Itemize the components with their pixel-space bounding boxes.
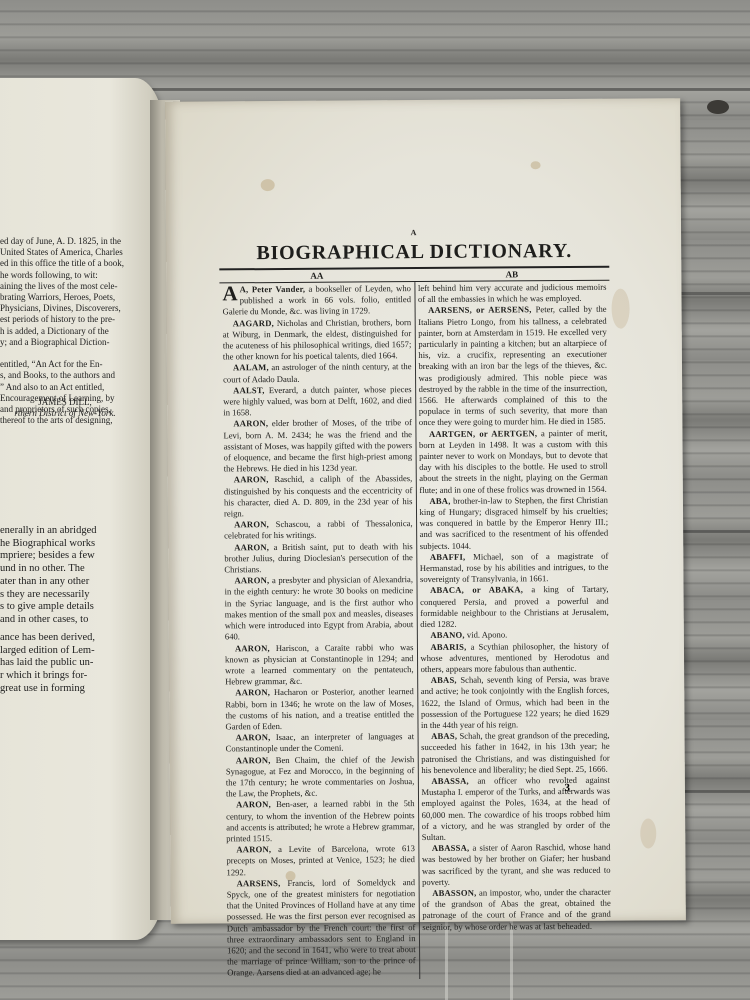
preface-line: larged edition of Lem- [0, 645, 150, 658]
dictionary-entry: ABAS, Schah, the great grandson of the p… [421, 730, 610, 776]
dictionary-entry: AARON, Ben Chaim, the chief of the Jewis… [226, 754, 415, 800]
entry-headword: AALAM, [233, 363, 269, 373]
foxing-stain [611, 289, 629, 329]
entry-headword: AARON, [236, 755, 271, 765]
entry-headword: ABA, [429, 496, 450, 506]
dictionary-entry: ABASSON, an impostor, who, under the cha… [422, 887, 611, 933]
entry-text: Francis, lord of Someldyck and Spyck, on… [227, 877, 416, 978]
dictionary-entry: ABAFFI, Michael, son of a magistrate of … [420, 551, 609, 586]
dictionary-entry: ABAS, Schah, seventh king of Persia, was… [421, 674, 610, 731]
dictionary-entry: AARTGEN, or AERTGEN, a painter of merit,… [419, 427, 608, 496]
preface-line: ater than in any other [0, 576, 150, 589]
preface-paragraph: enerally in an abridged he Biographical … [0, 525, 150, 627]
dictionary-entry: AARON, Isaac, an interpreter of language… [226, 731, 415, 755]
entry-headword: AARSENS, [237, 878, 281, 888]
dictionary-entry: ABARIS, a Scythian philosopher, the hist… [420, 640, 609, 675]
preface-line: mpriere; besides a few [0, 550, 150, 563]
column-head-left: AA [219, 269, 414, 282]
clerk-signature: JAMES DILL, rthern District of New-York. [10, 397, 120, 419]
copyright-line: ed in this office the title of a book, [0, 258, 150, 269]
dictionary-entry: AAGARD, Nicholas and Christian, brothers… [223, 317, 412, 363]
dictionary-entry: AA, Peter Vander, a bookseller of Leyden… [222, 283, 411, 318]
entry-headword: ABASSA, [431, 776, 469, 786]
preface-line: enerally in an abridged [0, 525, 150, 538]
entry-text: Peter, called by the Italians Pietro Lon… [418, 304, 607, 427]
dictionary-entry: left behind him very accurate and judici… [418, 282, 607, 306]
preface-line: great use in forming [0, 683, 150, 696]
text-columns: AA, Peter Vander, a bookseller of Leyden… [219, 281, 614, 980]
entry-headword: AALST, [233, 385, 264, 395]
foxing-stain [531, 161, 541, 169]
entry-headword: ABACA, or ABAKA, [430, 585, 523, 596]
copyright-line: brating Warriors, Heroes, Poets, [0, 292, 150, 303]
entry-headword: AARON, [235, 687, 270, 697]
copyright-line: s, and Books, to the authors and [0, 370, 150, 381]
foxing-stain [640, 818, 656, 848]
dictionary-entry: AARON, a Levite of Barcelona, wrote 613 … [226, 843, 415, 878]
dictionary-entry: AALAM, an astrologer of the ninth centur… [223, 362, 412, 386]
preface-paragraph: ance has been derived, larged edition of… [0, 632, 150, 696]
entry-headword: ABAS, [431, 675, 457, 685]
dictionary-entry: AARON, a British saint, put to death wit… [224, 541, 413, 576]
title-small: A [219, 227, 609, 239]
dictionary-entry: AARON, Hacharon or Posterior, another le… [225, 686, 414, 732]
dictionary-entry: ABA, brother-in-law to Stephen, the firs… [419, 495, 608, 552]
left-book-page: ed day of June, A. D. 1825, in the Unite… [0, 78, 165, 940]
copyright-line: he words following, to wit: [0, 270, 150, 281]
preface-line: and in other cases, to [0, 614, 150, 627]
column-head-right: AB [414, 268, 609, 281]
copyright-line: ” And also to an Act entitled, [0, 382, 150, 393]
drop-cap: A [222, 284, 237, 302]
entry-headword: ABARIS, [430, 641, 466, 651]
signature-name: JAMES DILL, [10, 397, 120, 408]
dictionary-entry: ABASSA, a sister of Aaron Raschid, whose… [422, 842, 611, 888]
dictionary-entry: ABACA, or ABAKA, a king of Tartary, conq… [420, 584, 609, 630]
copyright-line: entitled, “An Act for the En- [0, 359, 150, 370]
page-title: BIOGRAPHICAL DICTIONARY. [219, 240, 609, 266]
entry-headword: AARTGEN, or AERTGEN, [429, 428, 537, 439]
entry-headword: AARON, [236, 799, 271, 809]
copyright-line: Physicians, Divines, Discoverers, [0, 303, 150, 314]
preface-line: und in no other. The [0, 563, 150, 576]
preface-line: has laid the public un- [0, 657, 150, 670]
dictionary-entry: AARON, Schascou, a rabbi of Thessalonica… [224, 518, 413, 542]
right-column: left behind him very accurate and judici… [415, 281, 614, 979]
dictionary-entry: AARON, Hariscon, a Caraite rabbi who was… [225, 642, 414, 688]
dictionary-entry: AARON, Ben-aser, a learned rabbi in the … [226, 798, 415, 844]
entry-headword: AARON, [234, 575, 269, 585]
dictionary-entry: AARON, a presbyter and physician of Alex… [224, 574, 413, 643]
entry-text: vid. Apono. [465, 630, 508, 640]
preface-line: r which it brings for- [0, 670, 150, 683]
right-book-page: A BIOGRAPHICAL DICTIONARY. AA AB AA, Pet… [165, 98, 686, 924]
preface-line: s to give ample details [0, 601, 150, 614]
foxing-stain [261, 179, 275, 191]
dictionary-entry: ABASSA, an officer who revolted against … [421, 775, 610, 844]
copyright-line [0, 348, 150, 359]
copyright-line: est periods of history to the pre- [0, 314, 150, 325]
entry-headword: AAGARD, [233, 318, 274, 328]
dictionary-entry: AARSENS, Francis, lord of Someldyck and … [227, 877, 416, 979]
entry-headword: AARON, [234, 519, 269, 529]
entry-headword: ABASSON, [432, 888, 476, 898]
left-column: AA, Peter Vander, a bookseller of Leyden… [219, 282, 419, 980]
preface-line: he Biographical works [0, 538, 150, 551]
entry-headword: ABANO, [430, 630, 464, 640]
entry-headword: AARON, [234, 542, 269, 552]
entry-headword: ABAS, [431, 731, 457, 741]
preface-line: ance has been derived, [0, 632, 150, 645]
entry-headword: ABAFFI, [430, 552, 466, 562]
signature-title: rthern District of New-York. [10, 408, 120, 419]
wood-knot [707, 100, 729, 114]
copyright-line: ed day of June, A. D. 1825, in the [0, 236, 150, 247]
entry-headword: ABASSA, [432, 843, 470, 853]
entry-headword: A, Peter Vander, [240, 284, 306, 294]
page-number: 3 [564, 782, 570, 794]
dictionary-entry: AARSENS, or AERSENS, Peter, called by th… [418, 304, 607, 429]
preface-line: s they are necessarily [0, 589, 150, 602]
copyright-line: y; and a Biographical Diction- [0, 337, 150, 348]
dictionary-page-content: A BIOGRAPHICAL DICTIONARY. AA AB AA, Pet… [219, 227, 614, 980]
dictionary-entry: AARON, elder brother of Moses, of the tr… [223, 418, 412, 475]
entry-text: left behind him very accurate and judici… [418, 282, 607, 305]
entry-headword: AARON, [236, 844, 271, 854]
copyright-line: h is added, a Dictionary of the [0, 326, 150, 337]
copyright-line: aining the lives of the most cele- [0, 281, 150, 292]
copyright-line: United States of America, Charles [0, 247, 150, 258]
entry-headword: AARON, [234, 475, 269, 485]
dictionary-entry: AALST, Everard, a dutch painter, whose p… [223, 384, 412, 419]
entry-headword: AARON, [236, 732, 271, 742]
entry-headword: AARSENS, or AERSENS, [428, 305, 532, 316]
dictionary-entry: AARON, Raschid, a caliph of the Abasside… [224, 474, 413, 520]
entry-headword: AARON, [235, 643, 270, 653]
entry-headword: AARON, [233, 419, 268, 429]
